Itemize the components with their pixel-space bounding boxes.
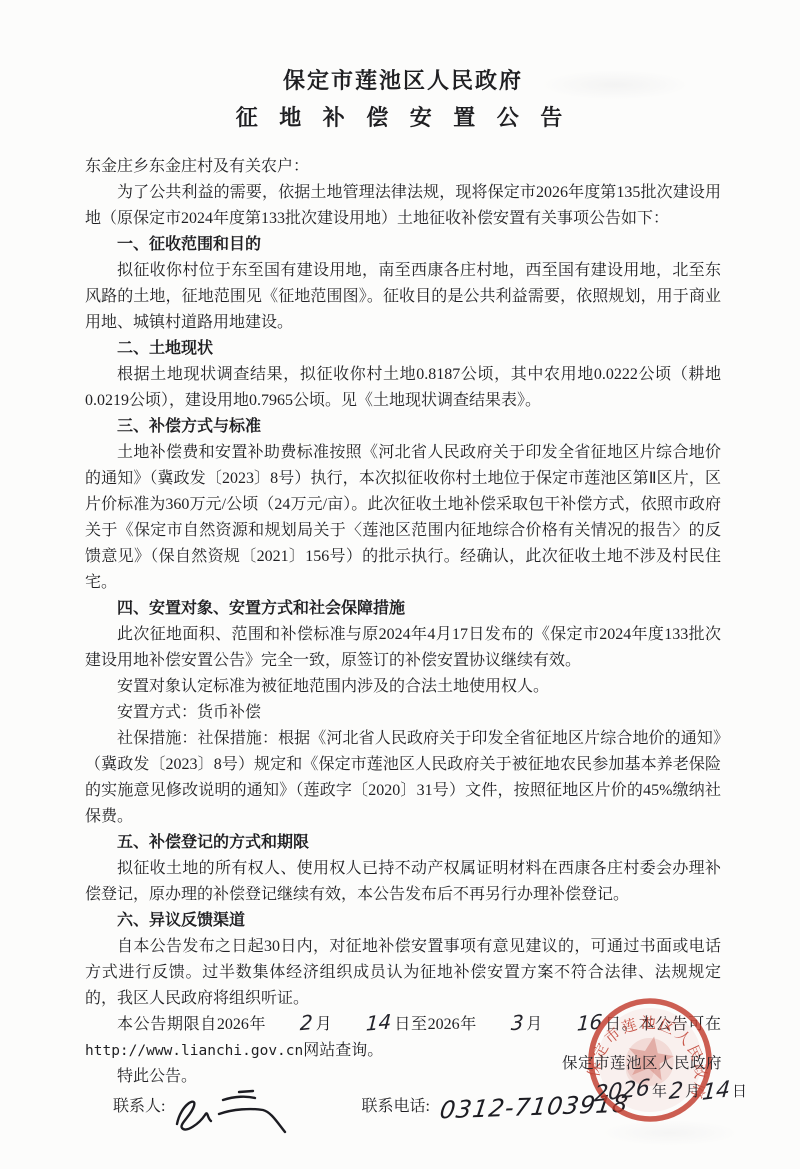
section-4-heading: 四、安置对象、安置方式和社会保障措施 <box>85 596 721 622</box>
handwritten-issue-day: 14 <box>701 1082 730 1102</box>
section-4-paragraph-3: 安置方式：货币补偿 <box>85 700 721 726</box>
section-3-paragraph: 土地补偿费和安置补助费标准按照《河北省人民政府关于印发全省征地区片综合地价的通知… <box>85 440 721 596</box>
section-1-heading: 一、征收范围和目的 <box>85 232 721 258</box>
salutation: 东金庄乡东金庄村及有关农户： <box>85 154 721 180</box>
handwritten-start-month: 2 <box>268 1014 313 1034</box>
period-month-char2: 月 <box>526 1016 543 1033</box>
issue-year-char: 年 <box>652 1084 667 1100</box>
handwritten-issue-year: 2026 <box>593 1080 650 1103</box>
handwritten-end-month: 3 <box>479 1014 524 1034</box>
section-5-heading: 五、补偿登记的方式和期限 <box>85 830 721 856</box>
handwritten-issue-month: 2 <box>668 1083 683 1101</box>
section-4-paragraph-4: 社保措施：社保措施：根据《河北省人民政府关于印发全省征地区片综合地价的通知》（冀… <box>85 726 721 830</box>
intro-paragraph: 为了公共利益的需要，依据土地管理法律法规，现将保定市2026年度第135批次建设… <box>85 180 721 232</box>
document-title-line2: 征 地 补 偿 安 置 公 告 <box>85 101 721 132</box>
issue-month-char: 月 <box>685 1084 700 1100</box>
section-1-paragraph: 拟征收你村位于东至国有建设用地，南至西康各庄村地，西至国有建设用地，北至东风路的… <box>85 258 721 336</box>
notice-document: 保定市莲池区人民政府 征 地 补 偿 安 置 公 告 东金庄乡东金庄村及有关农户… <box>0 0 800 1169</box>
section-2-heading: 二、土地现状 <box>85 336 721 362</box>
contact-name-label: 联系人: <box>113 1094 165 1120</box>
period-mid: 日至2026年 <box>394 1016 477 1033</box>
section-4-paragraph-2: 安置对象认定标准为被征地范围内涉及的合法土地使用权人。 <box>85 674 721 700</box>
period-month-char: 月 <box>315 1016 332 1033</box>
handwritten-start-day: 14 <box>334 1013 392 1034</box>
section-2-paragraph: 根据土地现状调查结果，拟征收你村土地0.8187公顷，其中农用地0.0222公顷… <box>85 362 721 414</box>
section-3-heading: 三、补偿方式与标准 <box>85 414 721 440</box>
issue-day-char: 日 <box>732 1084 747 1100</box>
document-content: 保定市莲池区人民政府 征 地 补 偿 安 置 公 告 东金庄乡东金庄村及有关农户… <box>85 64 721 1149</box>
notice-url: http://www.lianchi.gov.cn <box>85 1043 303 1059</box>
contact-phone-label: 联系电话: <box>361 1098 429 1115</box>
period-prefix: 本公告期限自2026年 <box>117 1016 266 1033</box>
section-4-paragraph-1: 此次征地面积、范围和补偿标准与原2024年4月17日发布的《保定市2024年度1… <box>85 622 721 674</box>
issue-date: 2026年2月14日 <box>592 1080 747 1101</box>
contact-signature <box>167 1088 295 1149</box>
issuer-name: 保定市莲池区人民政府 <box>562 1051 722 1073</box>
section-6-heading: 六、异议反馈渠道 <box>85 908 721 934</box>
period-suffix-post: 网站查询。 <box>303 1042 383 1059</box>
document-title-line1: 保定市莲池区人民政府 <box>85 64 721 95</box>
section-5-paragraph: 拟征收土地的所有权人、使用权人已持不动产权属证明材料在西康各庄村委会办理补偿登记… <box>85 856 721 908</box>
